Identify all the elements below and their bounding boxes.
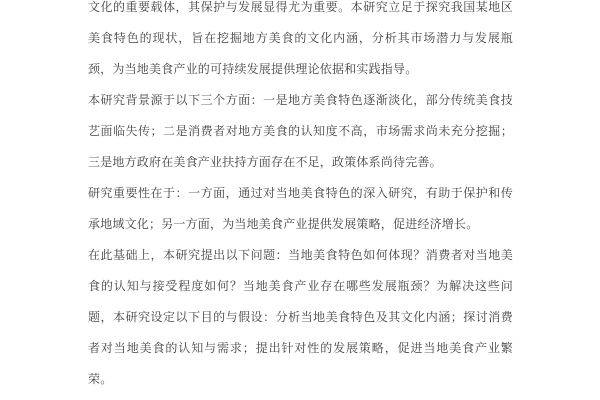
text-line: 三是地方政府在美食产业扶持方面存在不足，政策体系尚待完善。: [88, 147, 513, 178]
document-page: 文化的重要载体，其保护与发展显得尤为重要。本研究立足于探究我国某地区美食特色的现…: [0, 0, 600, 400]
text-line: 承地域文化；另一方面，为当地美食产业提供发展策略，促进经济增长。: [88, 209, 513, 240]
text-line: 颈，为当地美食产业的可持续发展提供理论依据和实践指导。: [88, 54, 513, 85]
text-line: 美食特色的现状，旨在挖掘地方美食的文化内涵，分析其市场潜力与发展瓶: [88, 23, 513, 54]
text-line: 荣。: [88, 364, 513, 395]
text-line: 研究重要性在于：一方面，通过对当地美食特色的深入研究，有助于保护和传: [88, 178, 513, 209]
text-line: 者对当地美食的认知与需求；提出针对性的发展策略，促进当地美食产业繁: [88, 333, 513, 364]
document-text-block: 文化的重要载体，其保护与发展显得尤为重要。本研究立足于探究我国某地区美食特色的现…: [88, 0, 513, 395]
text-line: 文化的重要载体，其保护与发展显得尤为重要。本研究立足于探究我国某地区: [88, 0, 513, 23]
text-line: 本研究背景源于以下三个方面：一是地方美食特色逐渐淡化，部分传统美食技: [88, 85, 513, 116]
text-line: 在此基础上，本研究提出以下问题：当地美食特色如何体现？消费者对当地美: [88, 240, 513, 271]
text-line: 题，本研究设定以下目的与假设：分析当地美食特色及其文化内涵；探讨消费: [88, 302, 513, 333]
text-line: 食的认知与接受程度如何？当地美食产业存在哪些发展瓶颈？为解决这些问: [88, 271, 513, 302]
text-line: 艺面临失传；二是消费者对地方美食的认知度不高，市场需求尚未充分挖掘；: [88, 116, 513, 147]
